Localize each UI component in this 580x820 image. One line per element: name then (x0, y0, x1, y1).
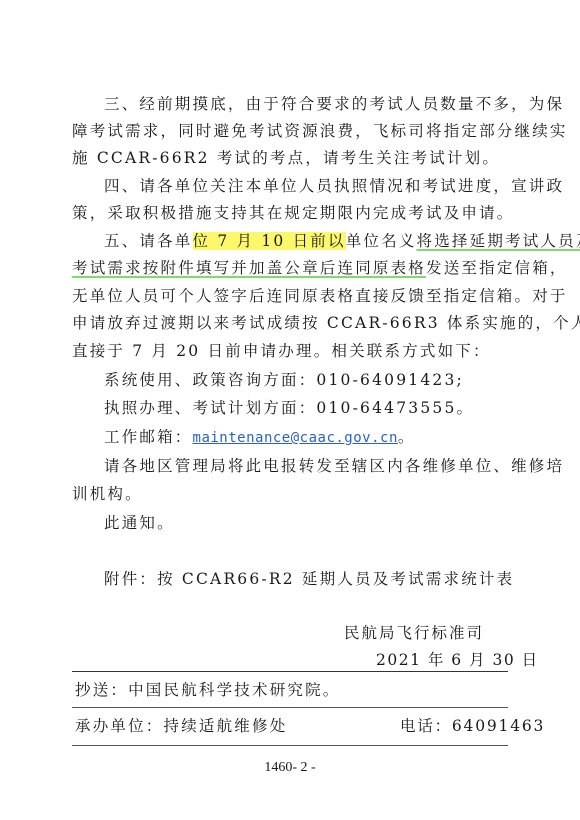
para5-line5: 直接于 7 月 20 日前申请办理。相关联系方式如下： (72, 341, 491, 361)
para3-line2: 障考试需求，同时避免考试资源浪费，飞标司将指定部分继续实 (72, 121, 568, 141)
punctuation: 。 (398, 428, 416, 446)
closing: 此通知。 (104, 513, 175, 533)
handler-unit: 承办单位：持续适航维修处 (75, 716, 287, 736)
forward-line1: 请各地区管理局将此电报转发至辖区内各维修单位、维修培 (104, 456, 564, 476)
handler-phone: 电话：64091463 (400, 716, 545, 736)
divider (72, 745, 508, 746)
contact-system: 系统使用、政策咨询方面：010-64091423; (104, 370, 464, 390)
divider (72, 707, 508, 708)
para4-line1: 四、请各单位关注本单位人员执照情况和考试进度，宣讲政 (104, 176, 564, 196)
para3-line3: 施 CCAR-66R2 考试的考点，请考生关注考试计划。 (72, 148, 500, 168)
cc-line: 抄送：中国民航科学技术研究院。 (75, 680, 341, 700)
signature-org: 民航局飞行标准司 (344, 623, 484, 643)
para5-line1: 五、请各单位 7 月 10 日前以单位名义将选择延期考试人员及 (104, 231, 580, 251)
para4-line2: 策，采取积极措施支持其在规定期限内完成考试及申请。 (72, 203, 515, 223)
forward-line2: 训机构。 (72, 484, 143, 504)
contact-email: 工作邮箱：maintenance@caac.gov.cn。 (104, 427, 416, 448)
contact-license: 执照办理、考试计划方面：010-64473555。 (104, 398, 474, 418)
page-number: 1460- 2 - (0, 760, 580, 776)
para5-line2: 考试需求按附件填写并加盖公章后连同原表格发送至指定信箱， (72, 258, 568, 278)
email-link[interactable]: maintenance@caac.gov.cn (193, 430, 398, 446)
attachment-note: 附件：按 CCAR66-R2 延期人员及考试需求统计表 (104, 569, 514, 589)
para5-line3: 无单位人员可个人签字后连同原表格直接反馈至指定信箱。对于 (72, 286, 568, 306)
para5-text: 发送至指定信箱， (426, 259, 568, 277)
divider (72, 671, 508, 672)
email-label: 工作邮箱： (104, 428, 193, 446)
underlined-instruction: 将选择延期考试人员及 (417, 232, 580, 250)
para5-line4: 申请放弃过渡期以来考试成绩按 CCAR-66R3 体系实施的，个人可 (72, 313, 580, 333)
highlighted-deadline: 位 7 月 10 日前以 (193, 232, 346, 250)
para5-text: 五、请各单 (104, 232, 193, 250)
para3-line1: 三、经前期摸底，由于符合要求的考试人员数量不多，为保 (104, 94, 564, 114)
para5-text: 单位名义 (346, 232, 417, 250)
underlined-instruction: 考试需求按附件填写并加盖公章后连同原表格 (72, 259, 426, 277)
signature-date: 2021 年 6 月 30 日 (376, 650, 539, 670)
